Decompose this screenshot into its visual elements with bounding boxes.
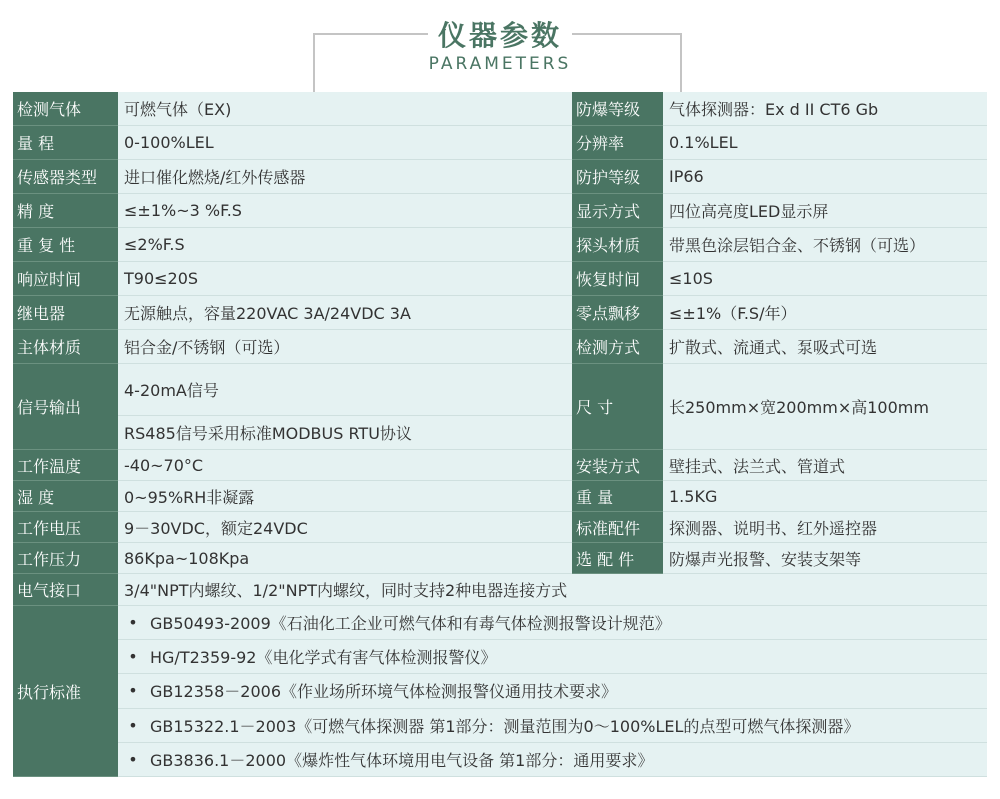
param-value: -40~70°C (118, 450, 572, 481)
param-label: 安装方式 (572, 450, 663, 481)
param-value: 0~95%RH非凝露 (118, 481, 572, 512)
param-label: 标准配件 (572, 512, 663, 543)
param-label: 探头材质 (572, 228, 663, 262)
section-header: 仪器参数 PARAMETERS (0, 0, 1000, 92)
param-value: 9－30VDC，额定24VDC (118, 512, 572, 543)
title-cn: 仪器参数 (0, 14, 1000, 54)
standard-text: GB3836.1－2000《爆炸性气体环境用电气设备 第1部分：通用要求》 (150, 748, 653, 771)
param-value: 1.5KG (663, 481, 987, 512)
standard-text: GB50493-2009《石油化工企业可燃气体和有毒气体检测报警设计规范》 (150, 611, 671, 634)
table-row: 重 复 性≤2%F.S探头材质带黑色涂层铝合金、不锈钢（可选） (13, 228, 987, 262)
param-value: 长250mm×宽200mm×高100mm (663, 364, 987, 450)
param-label: 传感器类型 (13, 160, 118, 194)
param-value: 进口催化燃烧/红外传感器 (118, 160, 572, 194)
param-value: 铝合金/不锈钢（可选） (118, 330, 572, 364)
param-value: ≤2%F.S (118, 228, 572, 262)
table-row: 执行标准•GB50493-2009《石油化工企业可燃气体和有毒气体检测报警设计规… (13, 606, 987, 777)
param-value: 0-100%LEL (118, 126, 572, 160)
param-label: 检测方式 (572, 330, 663, 364)
standard-item: •GB15322.1－2003《可燃气体探测器 第1部分：测量范围为0～100%… (118, 709, 987, 743)
param-label: 显示方式 (572, 194, 663, 228)
bullet-icon: • (122, 750, 144, 769)
param-label: 工作温度 (13, 450, 118, 481)
param-label: 零点飘移 (572, 296, 663, 330)
param-label: 主体材质 (13, 330, 118, 364)
param-value: 扩散式、流通式、泵吸式可选 (663, 330, 987, 364)
param-label: 电气接口 (13, 574, 118, 606)
standard-item: •GB50493-2009《石油化工企业可燃气体和有毒气体检测报警设计规范》 (118, 606, 987, 640)
bullet-icon: • (122, 681, 144, 700)
table-row: 信号输出4-20mA信号RS485信号采用标准MODBUS RTU协议尺 寸长2… (13, 364, 987, 450)
param-label: 工作电压 (13, 512, 118, 543)
param-label: 信号输出 (13, 364, 118, 450)
param-label: 工作压力 (13, 543, 118, 574)
param-label: 执行标准 (13, 606, 118, 777)
table-row: 工作温度-40~70°C安装方式壁挂式、法兰式、管道式 (13, 450, 987, 481)
bullet-icon: • (122, 613, 144, 632)
bullet-icon: • (122, 716, 144, 735)
standard-text: GB15322.1－2003《可燃气体探测器 第1部分：测量范围为0～100%L… (150, 714, 859, 737)
param-label: 选 配 件 (572, 543, 663, 574)
table-row: 湿 度0~95%RH非凝露重 量1.5KG (13, 481, 987, 512)
param-value: 无源触点，容量220VAC 3A/24VDC 3A (118, 296, 572, 330)
param-label: 响应时间 (13, 262, 118, 296)
param-value: ≤±1%（F.S/年） (663, 296, 987, 330)
param-label: 重 量 (572, 481, 663, 512)
table-row: 主体材质铝合金/不锈钢（可选）检测方式扩散式、流通式、泵吸式可选 (13, 330, 987, 364)
param-label: 尺 寸 (572, 364, 663, 450)
table-row: 电气接口3/4"NPT内螺纹、1/2"NPT内螺纹，同时支持2种电器连接方式 (13, 574, 987, 606)
param-label: 湿 度 (13, 481, 118, 512)
param-value: ≤±1%~3 %F.S (118, 194, 572, 228)
param-value: 0.1%LEL (663, 126, 987, 160)
title-en: PARAMETERS (0, 54, 1000, 74)
table-row: 响应时间T90≤20S恢复时间≤10S (13, 262, 987, 296)
param-value: RS485信号采用标准MODBUS RTU协议 (118, 416, 572, 450)
param-value: IP66 (663, 160, 987, 194)
param-value: ≤10S (663, 262, 987, 296)
standard-text: GB12358－2006《作业场所环境气体检测报警仪通用技术要求》 (150, 679, 617, 702)
param-label: 重 复 性 (13, 228, 118, 262)
param-value: 4-20mA信号 (118, 364, 572, 416)
param-value: 带黑色涂层铝合金、不锈钢（可选） (663, 228, 987, 262)
param-label: 恢复时间 (572, 262, 663, 296)
bullet-icon: • (122, 647, 144, 666)
param-label: 检测气体 (13, 92, 118, 126)
param-label: 防爆等级 (572, 92, 663, 126)
param-label: 继电器 (13, 296, 118, 330)
table-row: 工作电压9－30VDC，额定24VDC标准配件探测器、说明书、红外遥控器 (13, 512, 987, 543)
table-row: 传感器类型进口催化燃烧/红外传感器防护等级IP66 (13, 160, 987, 194)
param-value: 防爆声光报警、安装支架等 (663, 543, 987, 574)
param-value: 3/4"NPT内螺纹、1/2"NPT内螺纹，同时支持2种电器连接方式 (118, 574, 987, 606)
param-value: 可燃气体（EX) (118, 92, 572, 126)
param-value: T90≤20S (118, 262, 572, 296)
table-row: 检测气体可燃气体（EX)防爆等级气体探测器：Ex d II CT6 Gb (13, 92, 987, 126)
param-value: 探测器、说明书、红外遥控器 (663, 512, 987, 543)
param-value: 气体探测器：Ex d II CT6 Gb (663, 92, 987, 126)
table-row: 继电器无源触点，容量220VAC 3A/24VDC 3A零点飘移≤±1%（F.S… (13, 296, 987, 330)
standards-list: •GB50493-2009《石油化工企业可燃气体和有毒气体检测报警设计规范》•H… (118, 606, 987, 777)
standard-item: •HG/T2359-92《电化学式有害气体检测报警仪》 (118, 640, 987, 674)
standard-item: •GB3836.1－2000《爆炸性气体环境用电气设备 第1部分：通用要求》 (118, 743, 987, 777)
table-row: 量 程0-100%LEL分辨率0.1%LEL (13, 126, 987, 160)
param-value: 壁挂式、法兰式、管道式 (663, 450, 987, 481)
param-label: 精 度 (13, 194, 118, 228)
signal-values: 4-20mA信号RS485信号采用标准MODBUS RTU协议 (118, 364, 572, 450)
param-label: 防护等级 (572, 160, 663, 194)
standard-text: HG/T2359-92《电化学式有害气体检测报警仪》 (150, 645, 496, 668)
table-row: 工作压力86Kpa~108Kpa选 配 件防爆声光报警、安装支架等 (13, 543, 987, 574)
param-label: 量 程 (13, 126, 118, 160)
table-row: 精 度≤±1%~3 %F.S显示方式四位高亮度LED显示屏 (13, 194, 987, 228)
standard-item: •GB12358－2006《作业场所环境气体检测报警仪通用技术要求》 (118, 674, 987, 708)
param-value: 86Kpa~108Kpa (118, 543, 572, 574)
param-value: 四位高亮度LED显示屏 (663, 194, 987, 228)
param-label: 分辨率 (572, 126, 663, 160)
